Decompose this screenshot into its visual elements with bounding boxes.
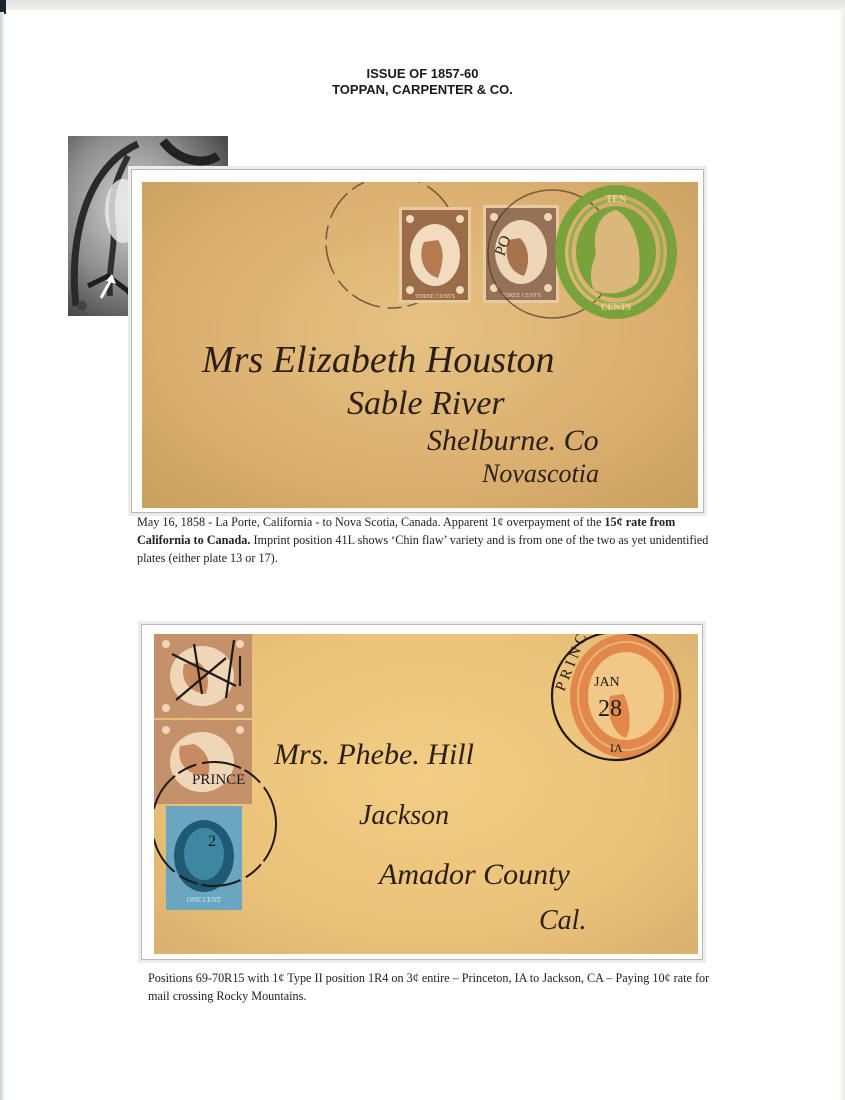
svg-text:ONE CENT: ONE CENT: [187, 896, 222, 904]
svg-text:Jackson: Jackson: [359, 800, 449, 831]
svg-text:28: 28: [598, 696, 622, 722]
svg-text:Mrs. Phebe. Hill: Mrs. Phebe. Hill: [273, 738, 474, 771]
heading-line-2: TOPPAN, CARPENTER & CO.: [0, 82, 845, 98]
envelope: ONE CENT PRINCE 2 JAN 28 IA PRINCETON: [154, 634, 698, 954]
handwritten-address: Mrs. Phebe. Hill Jackson Amador County C…: [273, 738, 586, 936]
cover-princeton-to-jackson: ONE CENT PRINCE 2 JAN 28 IA PRINCETON: [141, 624, 703, 960]
cover-1-caption: May 16, 1858 - La Porte, California - to…: [137, 513, 717, 567]
cover-la-porte-to-nova-scotia: THREE CENTS THREE CENTS PO TEN: [131, 169, 704, 513]
three-cent-stamp-1: THREE CENTS: [399, 207, 471, 303]
heading-line-1: ISSUE OF 1857-60: [0, 66, 845, 82]
handwritten-address: Mrs Elizabeth Houston Sable River Shelbu…: [201, 339, 599, 488]
svg-text:THREE CENTS: THREE CENTS: [501, 293, 541, 299]
one-cent-stamp: ONE CENT: [166, 806, 242, 910]
three-cent-embossed-entire: [570, 634, 682, 758]
svg-text:CENTS: CENTS: [601, 302, 631, 312]
page-heading: ISSUE OF 1857-60 TOPPAN, CARPENTER & CO.: [0, 66, 845, 98]
scan-edge-right: [839, 10, 845, 1100]
svg-text:Novascotia: Novascotia: [481, 459, 599, 488]
ten-cent-embossed-entire: TEN CENTS: [560, 190, 672, 314]
svg-text:Cal.: Cal.: [539, 905, 586, 936]
svg-text:JAN: JAN: [594, 675, 620, 690]
svg-text:2: 2: [208, 833, 216, 850]
svg-text:Sable River: Sable River: [347, 385, 505, 422]
scan-edge-top: [0, 0, 845, 12]
svg-text:THREE CENTS: THREE CENTS: [415, 294, 455, 300]
scan-edge-left: [0, 12, 4, 1100]
envelope: THREE CENTS THREE CENTS PO TEN: [142, 182, 698, 508]
svg-text:PRINCE: PRINCE: [192, 772, 245, 788]
svg-text:Amador County: Amador County: [377, 858, 571, 891]
svg-text:IA: IA: [610, 741, 623, 755]
svg-text:Mrs Elizabeth Houston: Mrs Elizabeth Houston: [201, 339, 555, 381]
svg-text:TEN: TEN: [606, 194, 627, 205]
cover-2-caption: Positions 69-70R15 with 1¢ Type II posit…: [148, 969, 718, 1005]
svg-text:Shelburne. Co: Shelburne. Co: [427, 424, 599, 457]
